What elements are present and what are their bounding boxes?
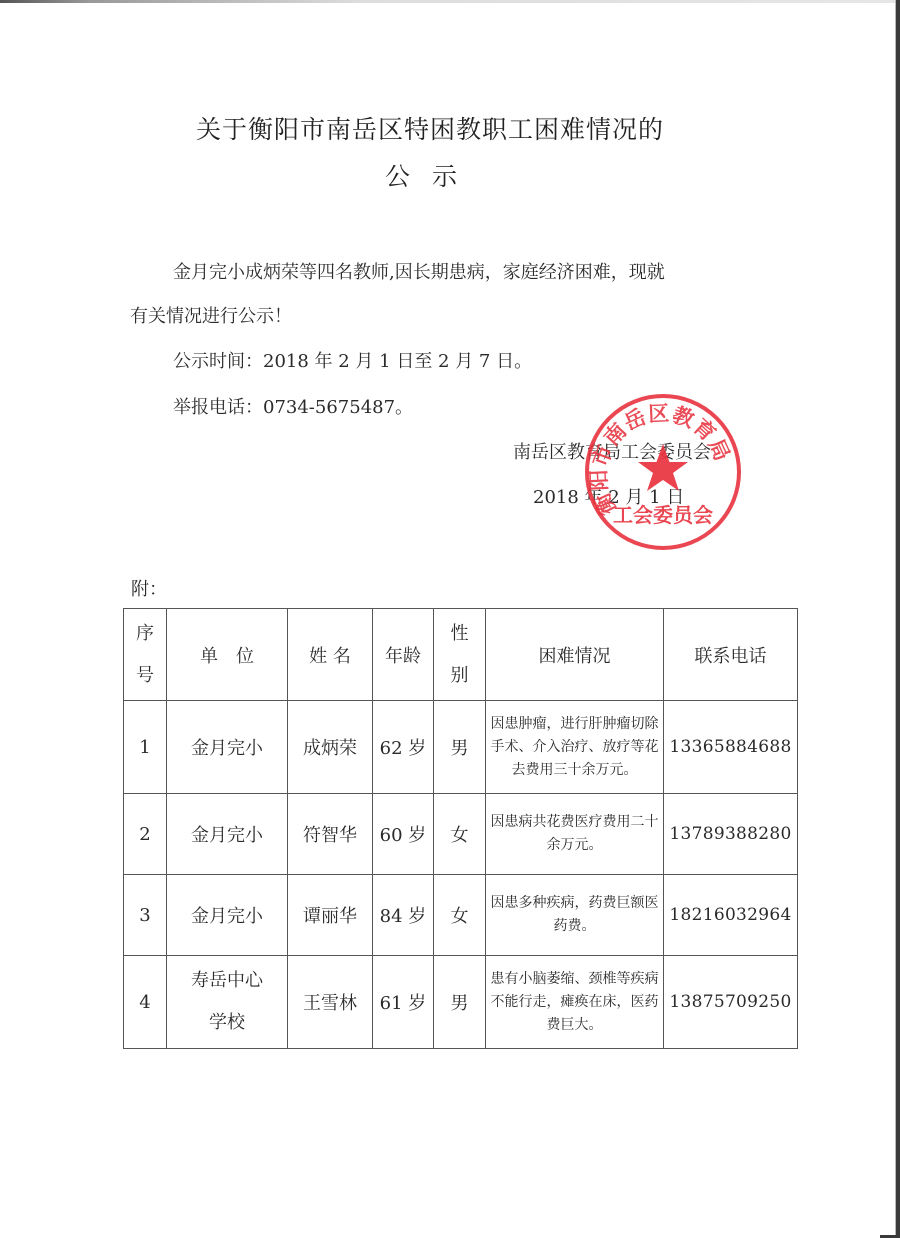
header-gender-char2: 别 [451, 665, 469, 686]
cell-gender: 男 [434, 701, 486, 794]
cell-phone: 13875709250 [664, 956, 798, 1049]
cell-hardship: 因患肿瘤，进行肝肿瘤切除手术、介入治疗、放疗等花去费用三十余万元。 [486, 701, 664, 794]
cell-unit: 寿岳中心学校 [167, 956, 288, 1049]
scan-edge-right-shadow [895, 0, 896, 1238]
cell-index: 2 [124, 794, 167, 875]
cell-name: 符智华 [288, 794, 373, 875]
table-row: 2 金月完小 符智华 60 岁 女 因患病共花费医疗费用二十余万元。 13789… [124, 794, 798, 875]
document-title: 关于衡阳市南岳区特困教职工困难情况的 [0, 110, 880, 146]
scan-edge-right [896, 0, 900, 1238]
cell-phone: 13789388280 [664, 794, 798, 875]
cell-gender: 女 [434, 875, 486, 956]
header-gender-char1: 性 [451, 623, 469, 644]
signature-organization: 南岳区教育局工会委员会 [513, 438, 711, 464]
cell-unit: 金月完小 [167, 794, 288, 875]
report-phone: 举报电话：0734-5675487。 [173, 393, 413, 419]
cell-index: 1 [124, 701, 167, 794]
header-index-char2: 号 [136, 665, 154, 686]
cell-hardship: 因患多种疾病，药费巨额医药费。 [486, 875, 664, 956]
cell-age: 61 岁 [373, 956, 434, 1049]
intro-paragraph-line1: 金月完小成炳荣等四名教师,因长期患病，家庭经济困难，现就 [173, 258, 665, 284]
scan-edge-top [0, 0, 900, 3]
header-hardship: 困难情况 [486, 609, 664, 701]
cell-age: 62 岁 [373, 701, 434, 794]
cell-hardship: 因患病共花费医疗费用二十余万元。 [486, 794, 664, 875]
cell-gender: 男 [434, 956, 486, 1049]
cell-name: 谭丽华 [288, 875, 373, 956]
official-seal-stamp: 衡阳市南岳区教育局 工会委员会 [583, 392, 743, 552]
appendix-label: 附： [131, 575, 167, 601]
cell-name: 成炳荣 [288, 701, 373, 794]
cell-unit-line1: 寿岳中心 [191, 970, 263, 991]
header-name: 姓 名 [288, 609, 373, 701]
cell-name: 王雪林 [288, 956, 373, 1049]
cell-unit-line2: 学校 [209, 1012, 245, 1033]
cell-age: 60 岁 [373, 794, 434, 875]
cell-index: 4 [124, 956, 167, 1049]
header-index: 序号 [124, 609, 167, 701]
table-row: 4 寿岳中心学校 王雪林 61 岁 男 患有小脑萎缩、颈椎等疾病不能行走，瘫痪在… [124, 956, 798, 1049]
cell-age: 84 岁 [373, 875, 434, 956]
header-gender: 性别 [434, 609, 486, 701]
header-phone: 联系电话 [664, 609, 798, 701]
cell-hardship: 患有小脑萎缩、颈椎等疾病不能行走，瘫痪在床，医药费巨大。 [486, 956, 664, 1049]
intro-paragraph-line2: 有关情况进行公示！ [130, 302, 292, 328]
cell-unit: 金月完小 [167, 701, 288, 794]
header-unit: 单 位 [167, 609, 288, 701]
table-row: 3 金月完小 谭丽华 84 岁 女 因患多种疾病，药费巨额医药费。 182160… [124, 875, 798, 956]
signature-date: 2018 年 2 月 1 日 [533, 483, 684, 509]
table-header-row: 序号 单 位 姓 名 年龄 性别 困难情况 联系电话 [124, 609, 798, 701]
table-row: 1 金月完小 成炳荣 62 岁 男 因患肿瘤，进行肝肿瘤切除手术、介入治疗、放疗… [124, 701, 798, 794]
cell-gender: 女 [434, 794, 486, 875]
cell-phone: 18216032964 [664, 875, 798, 956]
cell-unit: 金月完小 [167, 875, 288, 956]
header-index-char1: 序 [136, 623, 154, 644]
header-age: 年龄 [373, 609, 434, 701]
hardship-table: 序号 单 位 姓 名 年龄 性别 困难情况 联系电话 1 金月完小 成炳荣 62… [123, 608, 798, 1049]
notice-period: 公示时间：2018 年 2 月 1 日至 2 月 7 日。 [173, 347, 532, 373]
document-subtitle: 公示 [0, 157, 882, 193]
cell-index: 3 [124, 875, 167, 956]
cell-phone: 13365884688 [664, 701, 798, 794]
